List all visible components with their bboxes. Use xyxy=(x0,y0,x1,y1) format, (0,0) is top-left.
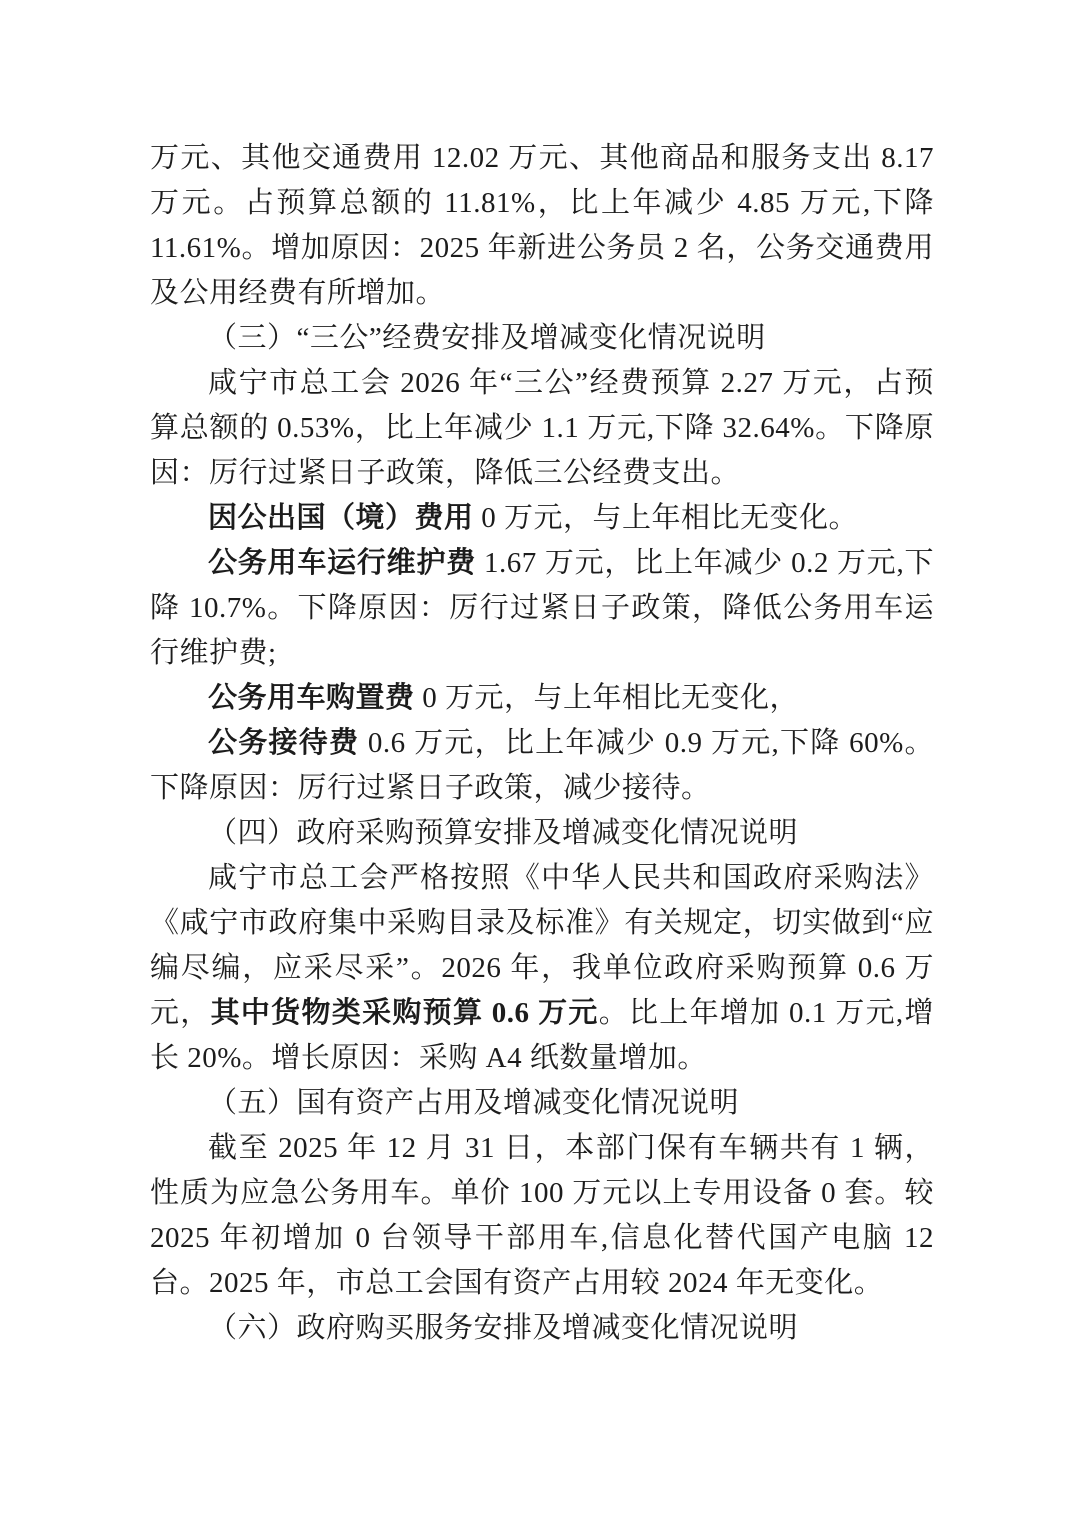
paragraph-abroad-expense: 因公出国（境）费用 0 万元，与上年相比无变化。 xyxy=(150,496,934,541)
bold-run: 因公出国（境）费用 xyxy=(208,502,474,534)
section-heading-five: （五）国有资产占用及增减变化情况说明 xyxy=(150,1081,934,1126)
text-run: 0 万元，与上年相比无变化。 xyxy=(474,502,859,534)
document-body: 万元、其他交通费用 12.02 万元、其他商品和服务支出 8.17 万元。占预算… xyxy=(150,136,934,1351)
bold-run: 其中货物类采购预算 0.6 万元 xyxy=(211,997,599,1029)
text-run: 截至 2025 年 12 月 31 日，本部门保有车辆共有 1 辆，性质为应急公… xyxy=(150,1132,934,1299)
paragraph-sangong-budget-summary: 咸宁市总工会 2026 年“三公”经费预算 2.27 万元，占预算总额的 0.5… xyxy=(150,361,934,496)
text-run: 万元、其他交通费用 12.02 万元、其他商品和服务支出 8.17 万元。占预算… xyxy=(150,142,934,309)
text-run: （四）政府采购预算安排及增减变化情况说明 xyxy=(208,817,798,849)
document-page: 万元、其他交通费用 12.02 万元、其他商品和服务支出 8.17 万元。占预算… xyxy=(0,0,1074,1520)
section-heading-four: （四）政府采购预算安排及增减变化情况说明 xyxy=(150,811,934,856)
section-heading-three: （三）“三公”经费安排及增减变化情况说明 xyxy=(150,316,934,361)
paragraph-government-procurement: 咸宁市总工会严格按照《中华人民共和国政府采购法》《咸宁市政府集中采购目录及标准》… xyxy=(150,856,934,1081)
text-run: （五）国有资产占用及增减变化情况说明 xyxy=(208,1087,739,1119)
section-heading-six: （六）政府购买服务安排及增减变化情况说明 xyxy=(150,1306,934,1351)
text-run: （六）政府购买服务安排及增减变化情况说明 xyxy=(208,1312,798,1344)
bold-run: 公务接待费 xyxy=(208,727,359,759)
paragraph-reception-expense: 公务接待费 0.6 万元，比上年减少 0.9 万元,下降 60%。下降原因：厉行… xyxy=(150,721,934,811)
bold-run: 公务用车购置费 xyxy=(208,682,415,714)
paragraph-vehicle-maintenance-expense: 公务用车运行维护费 1.67 万元，比上年减少 0.2 万元,下降 10.7%。… xyxy=(150,541,934,676)
bold-run: 公务用车运行维护费 xyxy=(208,547,476,579)
paragraph-transport-expense-continuation: 万元、其他交通费用 12.02 万元、其他商品和服务支出 8.17 万元。占预算… xyxy=(150,136,934,316)
text-run: 咸宁市总工会 2026 年“三公”经费预算 2.27 万元，占预算总额的 0.5… xyxy=(150,367,934,489)
text-run: 0 万元，与上年相比无变化， xyxy=(415,682,800,714)
paragraph-vehicle-purchase-expense: 公务用车购置费 0 万元，与上年相比无变化， xyxy=(150,676,934,721)
paragraph-state-assets: 截至 2025 年 12 月 31 日，本部门保有车辆共有 1 辆，性质为应急公… xyxy=(150,1126,934,1306)
text-run: （三）“三公”经费安排及增减变化情况说明 xyxy=(208,322,766,354)
